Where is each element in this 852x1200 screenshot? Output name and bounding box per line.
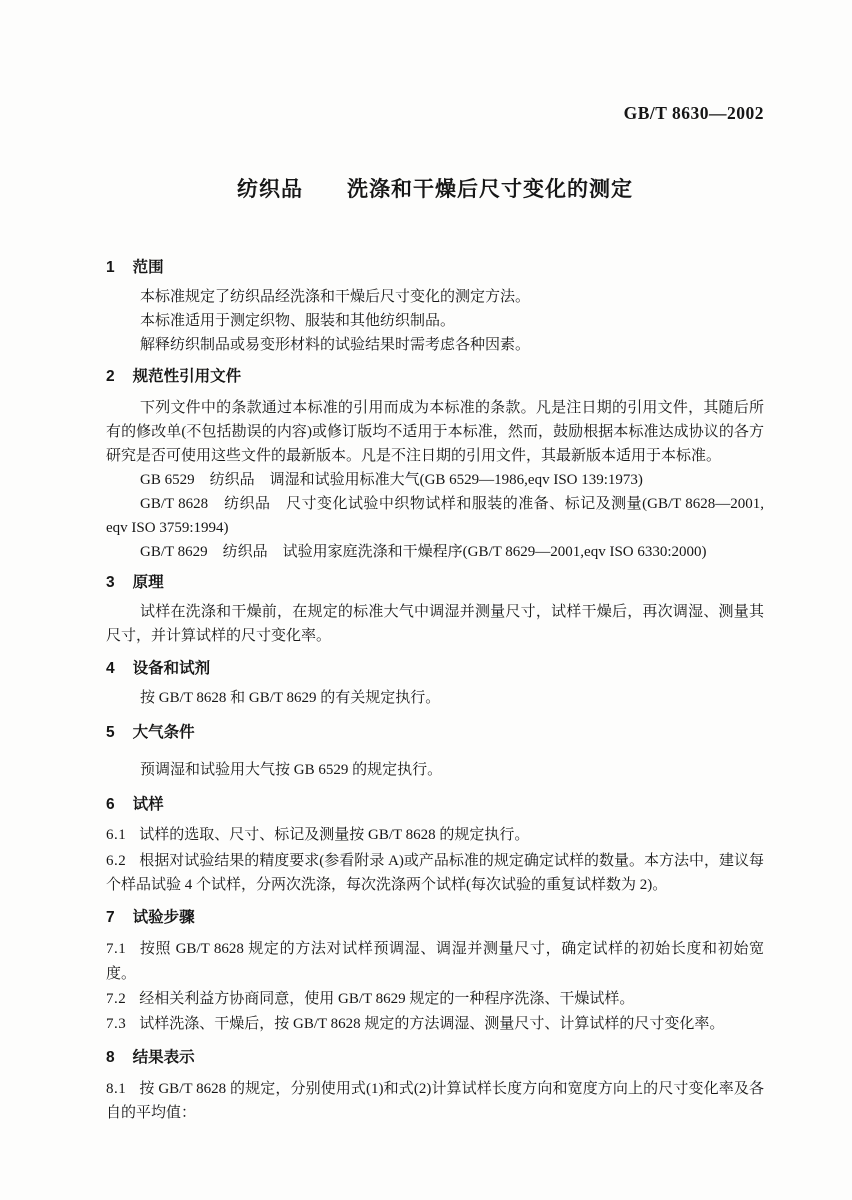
section-1-paragraph: 解释纺织制品或易变形材料的试验结果时需考虑各种因素。 xyxy=(106,333,764,357)
clause-8-1-text: 按 GB/T 8628 的规定，分别使用式(1)和式(2)计算试样长度方向和宽度… xyxy=(106,1081,764,1121)
section-2-heading: 2规范性引用文件 xyxy=(106,368,764,386)
section-5-number: 5 xyxy=(106,724,115,742)
section-3-title: 原理 xyxy=(133,574,164,591)
clause-7-3: 7.3试样洗涤、干燥后，按 GB/T 8628 规定的方法调湿、测量尺寸、计算试… xyxy=(106,1012,764,1037)
clause-7-2: 7.2经相关利益方协商同意，使用 GB/T 8629 规定的一种程序洗涤、干燥试… xyxy=(106,987,764,1012)
clause-6-1-text: 试样的选取、尺寸、标记及测量按 GB/T 8628 的规定执行。 xyxy=(139,827,529,843)
section-6-heading: 6试样 xyxy=(106,796,764,814)
reference-item: GB 6529 纺织品 调湿和试验用标准大气(GB 6529—1986,eqv … xyxy=(106,468,764,492)
section-2-title: 规范性引用文件 xyxy=(133,368,242,385)
section-7-title: 试验步骤 xyxy=(133,909,195,926)
section-8-title: 结果表示 xyxy=(133,1049,195,1066)
section-3-paragraph: 试样在洗涤和干燥前，在规定的标准大气中调湿并测量尺寸，试样干燥后，再次调湿、测量… xyxy=(106,600,764,648)
clause-7-2-text: 经相关利益方协商同意，使用 GB/T 8629 规定的一种程序洗涤、干燥试样。 xyxy=(139,991,634,1007)
section-5-title: 大气条件 xyxy=(133,724,195,741)
doc-title: 纺织品 洗涤和干燥后尺寸变化的测定 xyxy=(106,177,764,203)
clause-7-3-number: 7.3 xyxy=(106,1016,126,1032)
section-1-number: 1 xyxy=(106,259,115,277)
clause-6-2-text: 根据对试验结果的精度要求(参看附录 A)或产品标准的规定确定试样的数量。本方法中… xyxy=(106,853,764,893)
reference-item: GB/T 8629 纺织品 试验用家庭洗涤和干燥程序(GB/T 8629—200… xyxy=(106,540,764,564)
section-4-heading: 4设备和试剂 xyxy=(106,660,764,678)
section-8-heading: 8结果表示 xyxy=(106,1049,764,1067)
section-5-paragraph: 预调湿和试验用大气按 GB 6529 的规定执行。 xyxy=(106,758,764,782)
section-1-title: 范围 xyxy=(133,259,164,276)
section-3-number: 3 xyxy=(106,574,115,592)
clause-7-2-number: 7.2 xyxy=(106,991,126,1007)
section-3-heading: 3原理 xyxy=(106,574,764,592)
section-6-number: 6 xyxy=(106,796,115,814)
section-6-title: 试样 xyxy=(133,796,164,813)
section-2-paragraph: 下列文件中的条款通过本标准的引用而成为本标准的条款。凡是注日期的引用文件，其随后… xyxy=(106,396,764,468)
clause-6-1: 6.1试样的选取、尺寸、标记及测量按 GB/T 8628 的规定执行。 xyxy=(106,823,764,847)
section-4-paragraph: 按 GB/T 8628 和 GB/T 8629 的有关规定执行。 xyxy=(106,686,764,710)
section-1-paragraph: 本标准适用于测定织物、服装和其他纺织制品。 xyxy=(106,309,764,333)
clause-6-2: 6.2根据对试验结果的精度要求(参看附录 A)或产品标准的规定确定试样的数量。本… xyxy=(106,849,764,897)
clause-8-1: 8.1按 GB/T 8628 的规定，分别使用式(1)和式(2)计算试样长度方向… xyxy=(106,1077,764,1125)
section-2-number: 2 xyxy=(106,368,115,386)
doc-number: GB/T 8630—2002 xyxy=(106,103,764,123)
section-4-title: 设备和试剂 xyxy=(133,660,211,677)
reference-item: GB/T 8628 纺织品 尺寸变化试验中织物试样和服装的准备、标记及测量(GB… xyxy=(106,492,764,540)
section-7-heading: 7试验步骤 xyxy=(106,909,764,927)
section-7-number: 7 xyxy=(106,909,115,927)
clause-7-1: 7.1按照 GB/T 8628 规定的方法对试样预调湿、调湿并测量尺寸，确定试样… xyxy=(106,937,764,987)
clause-8-1-number: 8.1 xyxy=(106,1081,126,1097)
clause-6-1-number: 6.1 xyxy=(106,827,126,843)
section-4-number: 4 xyxy=(106,660,115,678)
section-5-heading: 5大气条件 xyxy=(106,724,764,742)
section-1-heading: 1范围 xyxy=(106,259,764,277)
clause-6-2-number: 6.2 xyxy=(106,853,126,869)
clause-7-1-text: 按照 GB/T 8628 规定的方法对试样预调湿、调湿并测量尺寸，确定试样的初始… xyxy=(106,941,764,982)
clause-7-3-text: 试样洗涤、干燥后，按 GB/T 8628 规定的方法调湿、测量尺寸、计算试样的尺… xyxy=(139,1016,724,1032)
clause-7-1-number: 7.1 xyxy=(106,941,126,957)
section-8-number: 8 xyxy=(106,1049,115,1067)
document-page: GB/T 8630—2002 纺织品 洗涤和干燥后尺寸变化的测定 1范围 本标准… xyxy=(0,0,852,1200)
section-1-paragraph: 本标准规定了纺织品经洗涤和干燥后尺寸变化的测定方法。 xyxy=(106,285,764,309)
